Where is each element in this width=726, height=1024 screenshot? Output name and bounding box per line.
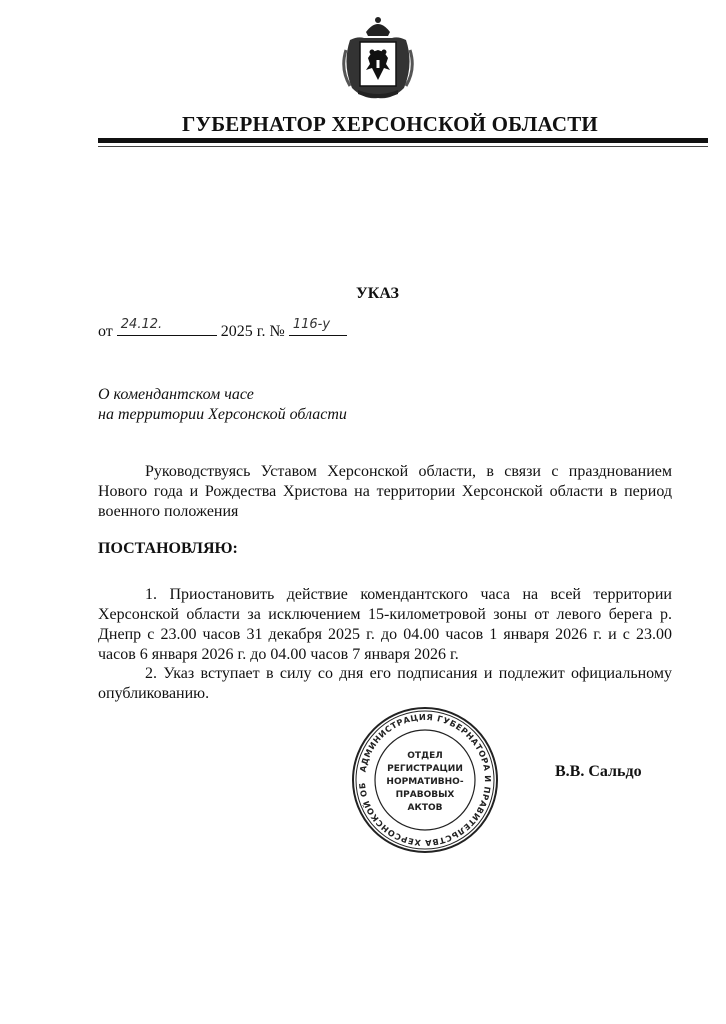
header-divider-thin xyxy=(98,146,708,147)
date-prefix: от xyxy=(98,323,113,340)
document-subject: О комендантском часе на территории Херсо… xyxy=(98,385,347,425)
seal-line-3: НОРМАТИВНО- xyxy=(386,777,463,787)
decree-heading: ПОСТАНОВЛЯЮ: xyxy=(98,540,238,558)
seal-line-1: ОТДЕЛ xyxy=(407,751,442,761)
handwritten-number: 116-у xyxy=(293,317,330,332)
subject-line-1: О комендантском часе xyxy=(98,385,347,405)
header-divider-thick xyxy=(98,138,708,143)
number-field: 116-у xyxy=(289,317,347,336)
issuer-title: ГУБЕРНАТОР ХЕРСОНСКОЙ ОБЛАСТИ xyxy=(0,112,726,137)
date-number-line: от 24.12. 2025 г. № 116-у xyxy=(98,317,347,341)
signatory-name: В.В. Сальдо xyxy=(555,763,642,781)
year-and-number-label: 2025 г. № xyxy=(221,323,285,340)
seal-line-5: АКТОВ xyxy=(408,803,443,813)
official-seal: АДМИНИСТРАЦИЯ ГУБЕРНАТОРА И ПРАВИТЕЛЬСТВ… xyxy=(350,705,500,855)
seal-line-2: РЕГИСТРАЦИИ xyxy=(387,764,463,774)
clause-2: 2. Указ вступает в силу со дня его подпи… xyxy=(98,664,672,704)
preamble-paragraph: Руководствуясь Уставом Херсонской област… xyxy=(98,462,672,522)
seal-stamp-icon: АДМИНИСТРАЦИЯ ГУБЕРНАТОРА И ПРАВИТЕЛЬСТВ… xyxy=(350,705,500,855)
date-field: 24.12. xyxy=(117,317,217,336)
coat-of-arms-emblem xyxy=(340,14,416,102)
emblem-icon xyxy=(340,14,416,102)
seal-line-4: ПРАВОВЫХ xyxy=(396,790,455,800)
handwritten-date: 24.12. xyxy=(121,317,162,332)
clause-1: 1. Приостановить действие комендантского… xyxy=(98,585,672,665)
subject-line-2: на территории Херсонской области xyxy=(98,405,347,425)
document-type: УКАЗ xyxy=(356,285,399,303)
